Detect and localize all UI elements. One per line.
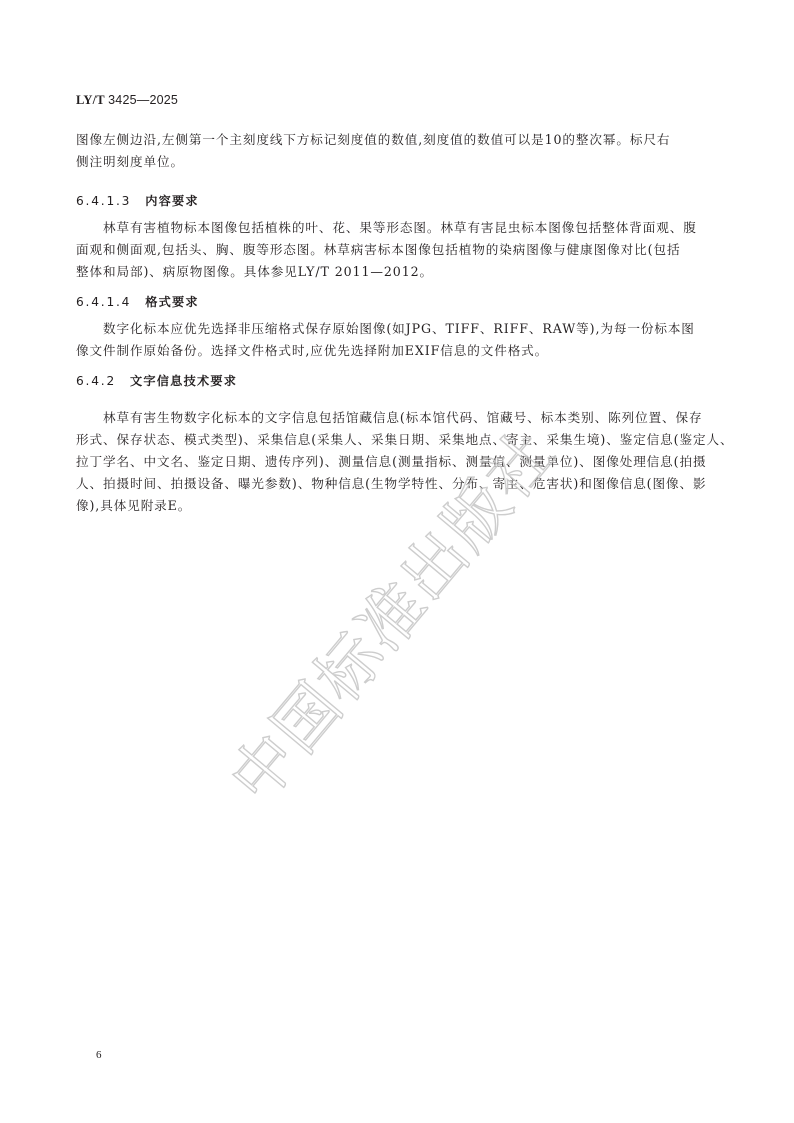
paragraph-line: 像),具体见附录E。 bbox=[76, 497, 191, 515]
section-heading-6-4-2: 6.4.2文字信息技术要求 bbox=[76, 372, 237, 389]
standard-number: 3425—2025 bbox=[108, 93, 178, 107]
section-heading-6-4-1-3: 6.4.1.3内容要求 bbox=[76, 192, 199, 209]
paragraph-line: 拉丁学名、中文名、鉴定日期、遗传序列)、测量信息(测量指标、测量值、测量单位)、… bbox=[76, 453, 706, 471]
paragraph-line: 林草有害植物标本图像包括植株的叶、花、果等形态图。林草有害昆虫标本图像包括整体背… bbox=[103, 219, 697, 237]
paragraph-line: 像文件制作原始备份。选择文件格式时,应优先选择附加EXIF信息的文件格式。 bbox=[76, 342, 548, 360]
standard-prefix: LY/T bbox=[76, 93, 105, 107]
section-title: 格式要求 bbox=[145, 295, 199, 309]
section-heading-6-4-1-4: 6.4.1.4格式要求 bbox=[76, 293, 199, 310]
paragraph-line: 形式、保存状态、模式类型)、采集信息(采集人、采集日期、采集地点、寄主、采集生境… bbox=[76, 431, 733, 449]
paragraph-line: 人、拍摄时间、拍摄设备、曝光参数)、物种信息(生物学特性、分布、寄主、危害状)和… bbox=[76, 475, 706, 493]
paragraph-line: 林草有害生物数字化标本的文字信息包括馆藏信息(标本馆代码、馆藏号、标本类别、陈列… bbox=[103, 409, 703, 427]
paragraph-line: 侧注明刻度单位。 bbox=[76, 153, 184, 171]
paragraph-line: 整体和局部)、病原物图像。具体参见LY/T 2011—2012。 bbox=[76, 263, 433, 281]
section-title: 内容要求 bbox=[145, 194, 199, 208]
section-title: 文字信息技术要求 bbox=[130, 374, 237, 388]
document-page: LY/T 3425—2025 图像左侧边沿,左侧第一个主刻度线下方标记刻度值的数… bbox=[0, 0, 794, 1123]
section-number: 6.4.1.3 bbox=[76, 194, 131, 208]
section-number: 6.4.1.4 bbox=[76, 295, 131, 309]
paragraph-line: 数字化标本应优先选择非压缩格式保存原始图像(如JPG、TIFF、RIFF、RAW… bbox=[103, 320, 695, 338]
section-number: 6.4.2 bbox=[76, 374, 116, 388]
standard-code-header: LY/T 3425—2025 bbox=[76, 93, 178, 108]
paragraph-line: 面观和侧面观,包括头、胸、腹等形态图。林草病害标本图像包括植物的染病图像与健康图… bbox=[76, 241, 680, 259]
paragraph-line: 图像左侧边沿,左侧第一个主刻度线下方标记刻度值的数值,刻度值的数值可以是10的整… bbox=[76, 131, 670, 149]
page-number: 6 bbox=[96, 1049, 102, 1061]
